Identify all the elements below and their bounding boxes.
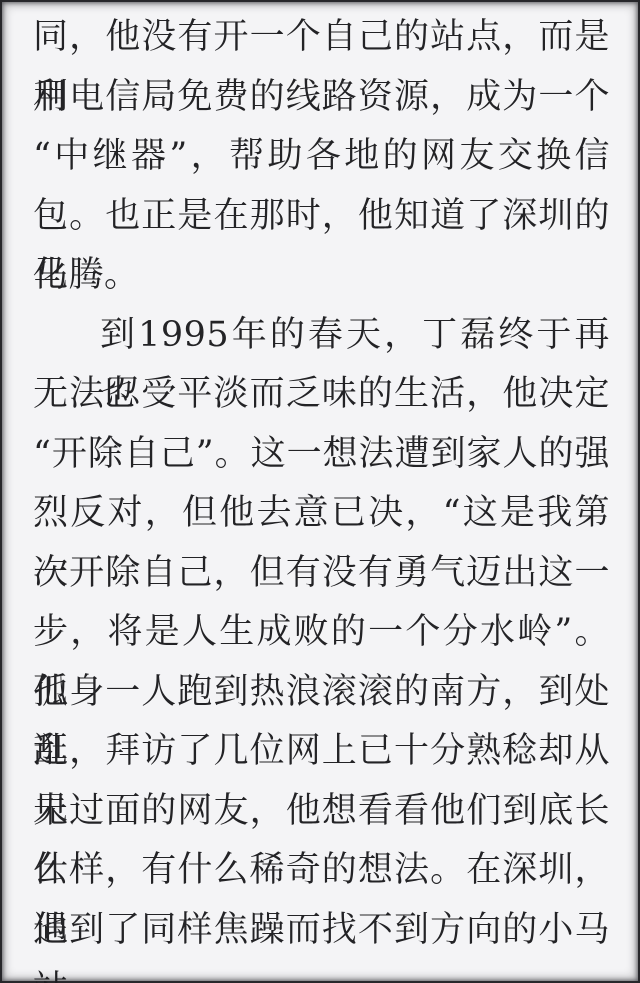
text-line: 无法忍受平淡而乏味的生活，他决定 (33, 365, 610, 425)
text-line: 同，他没有开一个自己的站点，而是利 (33, 8, 610, 68)
text-line: 次开除自己，但有没有勇气迈出这一 (33, 544, 610, 604)
text-line: 到1995年的春天，丁磊终于再也 (33, 306, 610, 366)
text-line: 步，将是人生成败的一个分水岭”。他 (33, 603, 610, 663)
text-line: 孤身一人跑到热浪滚滚的南方，到处乱 (33, 663, 610, 723)
text-line: 遇到了同样焦躁而找不到方向的小马站 (33, 901, 610, 961)
text-line: 烈反对，但他去意已决，“这是我第一 (33, 484, 610, 544)
text-line: 化腾。 (33, 246, 610, 306)
text-line: 用电信局免费的线路资源，成为一个 (33, 68, 610, 128)
text-line: “中继器”，帮助各地的网友交换信 (33, 127, 610, 187)
ebook-page: 同，他没有开一个自己的站点，而是利用电信局免费的线路资源，成为一个“中继器”，帮… (0, 0, 640, 983)
text-line: 包。也正是在那时，他知道了深圳的马 (33, 187, 610, 247)
text-line: 见过面的网友，他想看看他们到底长什 (33, 782, 610, 842)
text-line: 么样，有什么稀奇的想法。在深圳，他 (33, 841, 610, 901)
text-line: 逛，拜访了几位网上已十分熟稔却从未 (33, 722, 610, 782)
page-text: 同，他没有开一个自己的站点，而是利用电信局免费的线路资源，成为一个“中继器”，帮… (33, 8, 610, 960)
text-line: “开除自己”。这一想法遭到家人的强 (33, 425, 610, 485)
